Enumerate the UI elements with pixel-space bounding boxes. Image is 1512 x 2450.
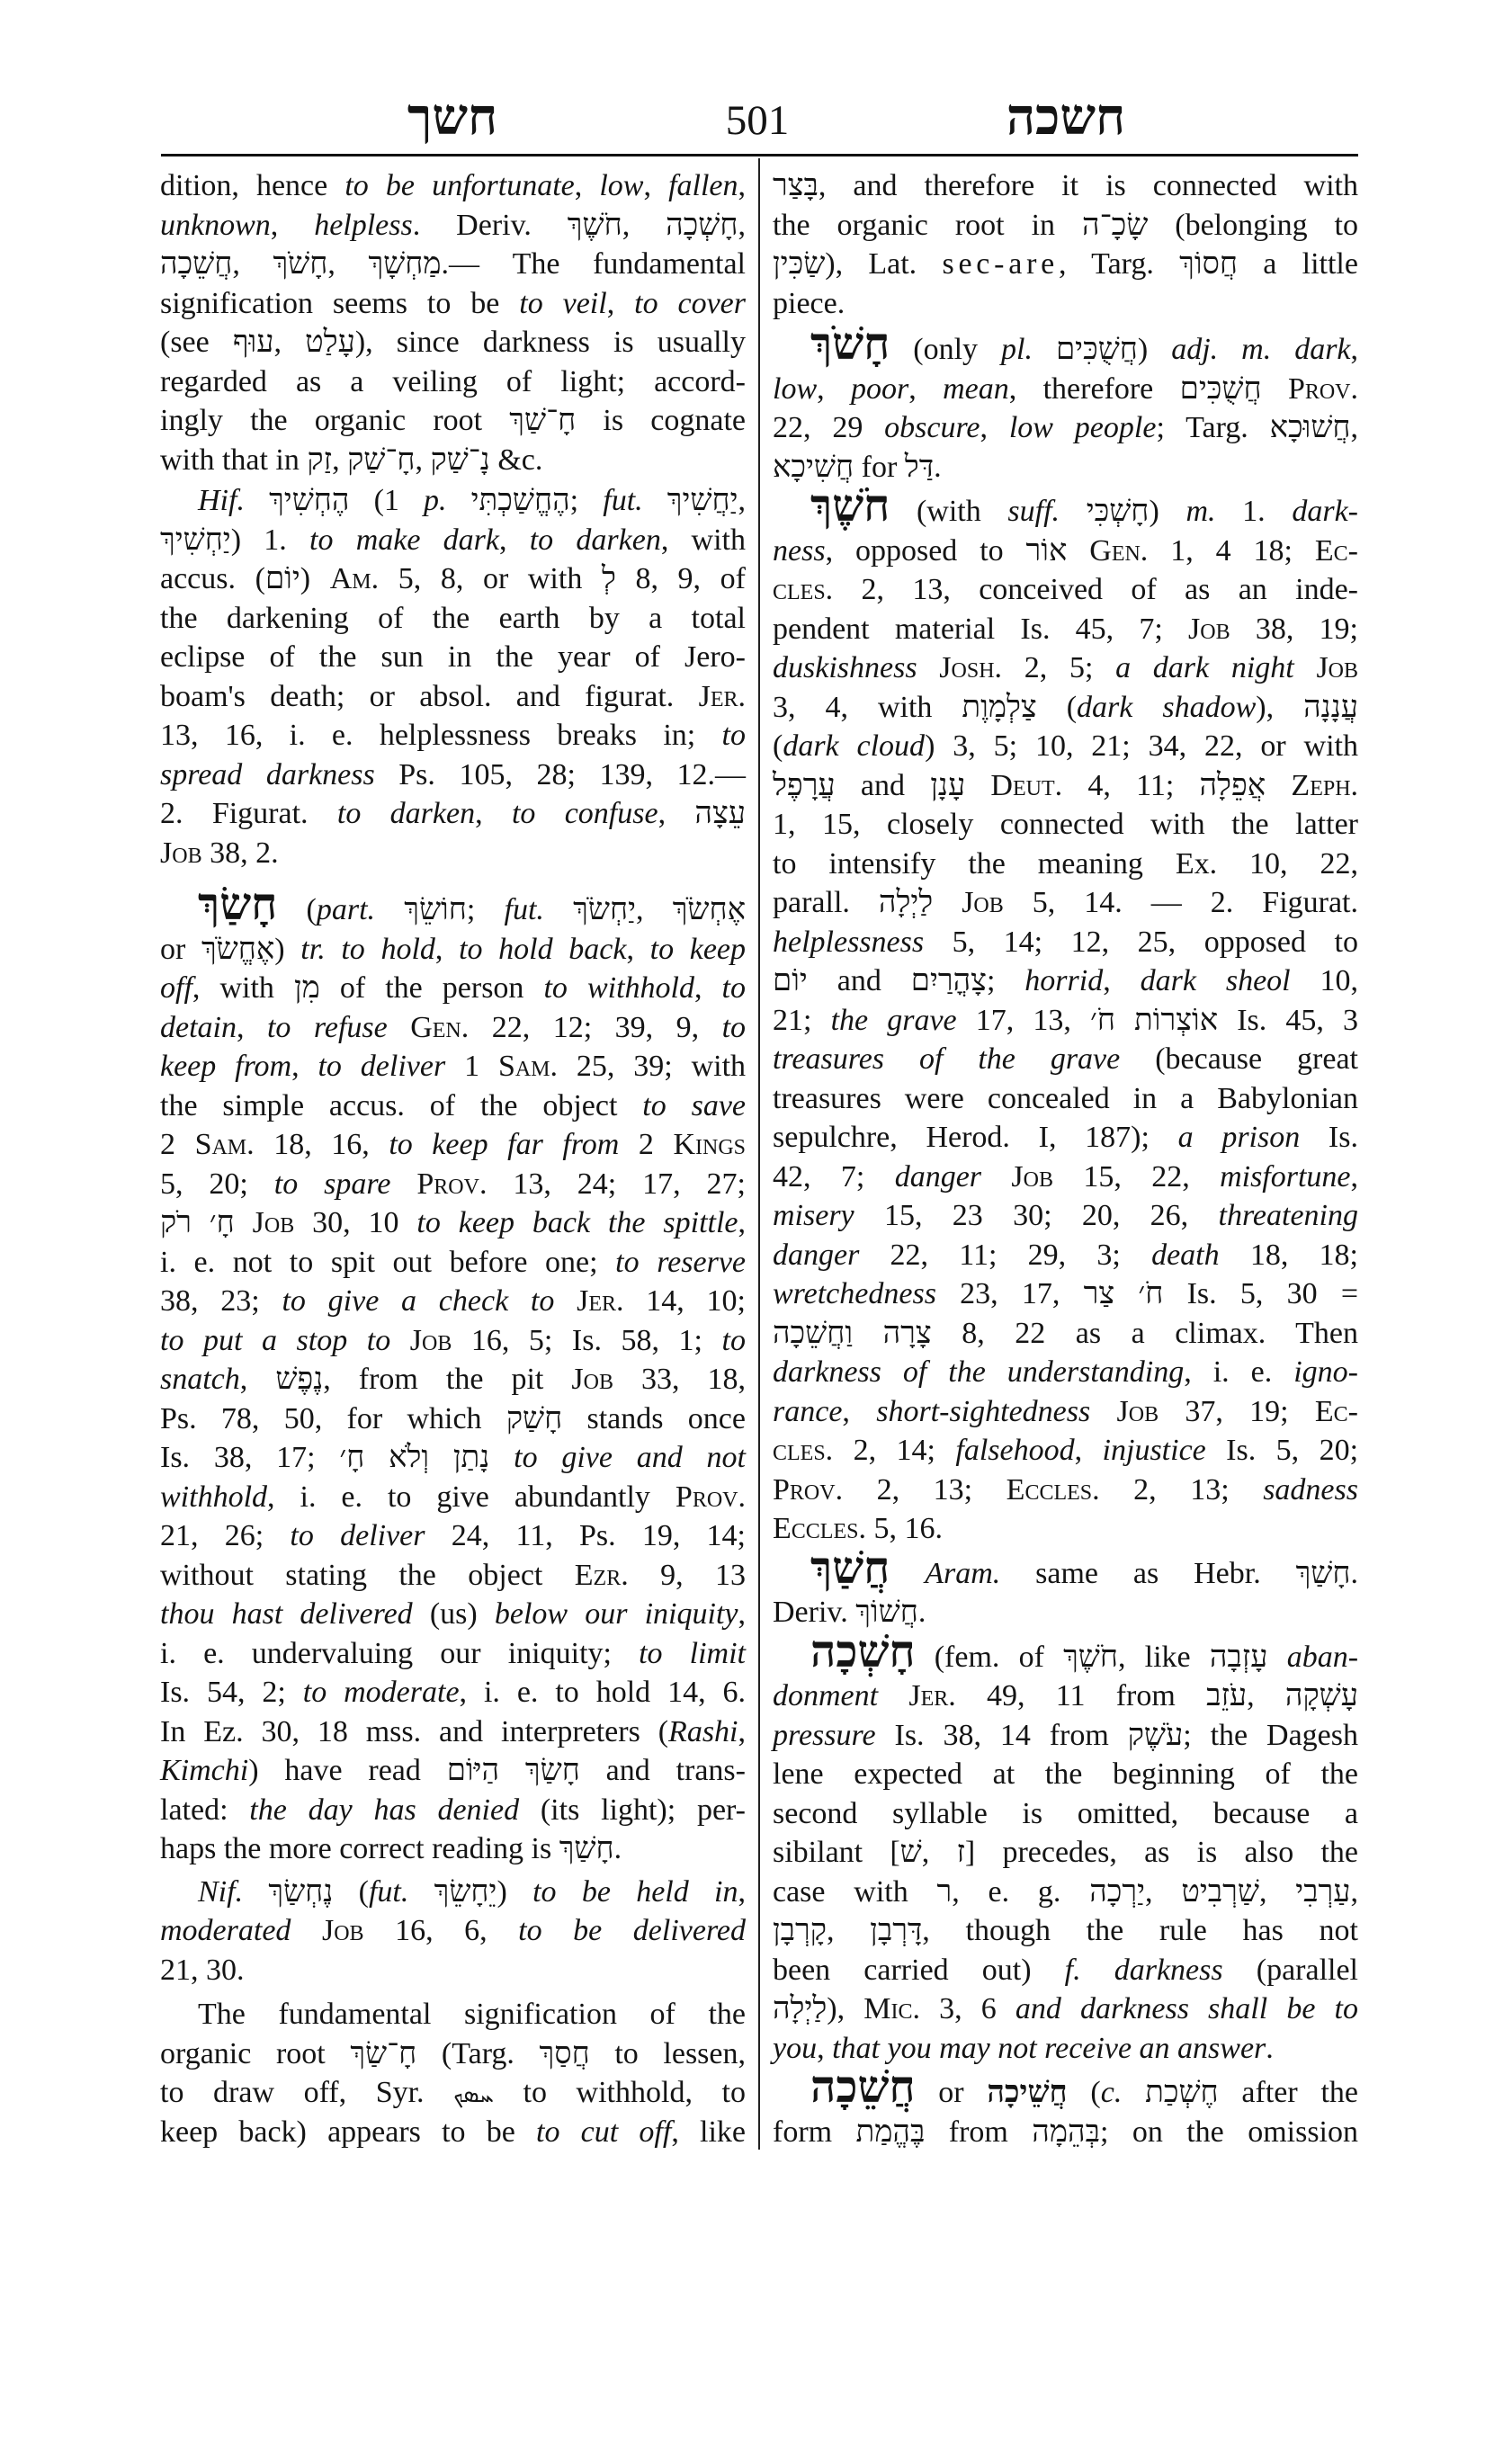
- text-line: 1, 15, closely connected with the latter: [773, 805, 1358, 845]
- text-run: ,: [1351, 333, 1359, 366]
- text-run: ;: [987, 964, 1024, 997]
- hebrew-word: מִן: [294, 971, 320, 1005]
- text-line: keep back) appears to be to cut off, lik…: [160, 2113, 746, 2152]
- text-run: [1033, 333, 1056, 366]
- text-line: (dark cloud) 3, 5; 10, 21; 34, 22, or wi…: [773, 727, 1358, 766]
- text-run: .: [918, 1596, 926, 1629]
- text-line: 21, 26; to deliver 24, 11, Ps. 19, 14;: [160, 1516, 746, 1556]
- text-run: ; the Dagesh: [1183, 1719, 1358, 1752]
- page-number: 501: [726, 100, 790, 142]
- text-line: lene expected at the beginning of the: [773, 1755, 1358, 1794]
- book-abbreviation: Job: [322, 1914, 364, 1947]
- text-line: cles. 2, 13, conceived of as an inde-: [773, 570, 1358, 610]
- text-run: ,: [575, 169, 600, 202]
- text-run: ,: [636, 893, 673, 926]
- text-run: [1090, 1395, 1116, 1428]
- hebrew-word: שׁ: [900, 1836, 922, 1869]
- book-abbreviation: Kings: [673, 1128, 746, 1161]
- text-line: piece.: [773, 284, 1358, 324]
- right-column: בָּצַר, and therefore it is connected wi…: [773, 166, 1358, 2151]
- text-run: .— The fundamental: [442, 247, 746, 281]
- text-run: 18, 16,: [255, 1128, 389, 1161]
- text-line: parall. לַיְלָה Job 5, 14. — 2. Figurat.: [773, 883, 1358, 923]
- book-abbreviation: Ec-: [1315, 534, 1358, 568]
- text-run: ) 1.: [231, 523, 309, 557]
- italic-text: and darkness shall be to: [1015, 1992, 1358, 2025]
- italic-text: a dark night: [1115, 651, 1294, 684]
- text-run: 5, 14. — 2. Figurat.: [1004, 886, 1358, 919]
- text-run: , with: [661, 523, 746, 557]
- text-run: (see: [160, 326, 233, 359]
- text-run: ), Lat.: [825, 247, 942, 281]
- hebrew-word: נָתַן וְלֹא חָ׳: [339, 1441, 489, 1474]
- text-run: 2, 13;: [843, 1473, 1007, 1507]
- text-run: [1122, 2076, 1145, 2109]
- text-run: with that in: [160, 443, 307, 477]
- text-run: (: [1068, 2076, 1101, 2109]
- text-run: lated:: [160, 1793, 249, 1827]
- hebrew-word: חָשַׁךְ: [1296, 1557, 1351, 1590]
- italic-text: thou hast delivered: [160, 1597, 413, 1631]
- text-run: , from the pit: [323, 1363, 571, 1396]
- italic-text: to reserve: [615, 1246, 746, 1279]
- text-run: regarded as a veiling of light; accord-: [160, 365, 746, 398]
- italic-text: misery: [773, 1199, 854, 1232]
- hebrew-word: יַחֲשִׁיךְ: [667, 484, 738, 517]
- hebrew-word: צָרָה וַחֲשֵׁכָה: [773, 1317, 932, 1350]
- text-run: .: [1266, 2032, 1274, 2065]
- running-head-left-headword: חשך: [407, 93, 497, 143]
- paragraph-start-line: חֲשַׁךְ Aram. same as Hebr. חָשַׁךְ.: [773, 1554, 1358, 1594]
- lexicon-page: חשך 501 חשכה dition, hence to be unfortu…: [0, 0, 1512, 2450]
- text-run: [235, 1206, 253, 1239]
- left-column: dition, hence to be unfortunate, low, fa…: [160, 166, 746, 2151]
- text-run: ,: [738, 1206, 747, 1239]
- text-run: ,: [273, 326, 305, 359]
- text-line: treasures of the grave (because great: [773, 1040, 1358, 1079]
- text-line: i. e. not to spit out before one; to res…: [160, 1243, 746, 1283]
- italic-text: to save: [642, 1089, 746, 1122]
- text-run: parall.: [773, 886, 879, 919]
- text-run: signification seems to be: [160, 287, 519, 320]
- italic-text: adj. m. dark: [1171, 333, 1350, 366]
- hebrew-word: זַק: [307, 443, 332, 477]
- text-line: wretchedness 23, 17, חֹ׳ צַר Is. 5, 30 =: [773, 1274, 1358, 1314]
- running-head-right-headword: חשכה: [1007, 93, 1125, 143]
- text-run: Is. 5, 20;: [1206, 1434, 1358, 1467]
- hebrew-word: עֵצָה: [694, 797, 746, 830]
- text-run: ,: [980, 411, 1009, 444]
- text-run: to draw off, Syr.: [160, 2076, 453, 2109]
- text-run: 5, 8, or with: [379, 562, 602, 595]
- hebrew-word: חָשְׁכָה: [666, 209, 738, 242]
- text-run: ,: [1247, 1679, 1285, 1712]
- text-run: ;: [570, 484, 604, 517]
- hebrew-word: יוֹם: [265, 562, 300, 595]
- text-run: pendent material Is. 45, 7;: [773, 612, 1188, 646]
- text-run: ) 3, 5; 10, 21; 34, 22, or with: [925, 729, 1358, 763]
- hebrew-word: יוֹם: [773, 964, 808, 997]
- text-run: , opposed to: [826, 534, 1026, 568]
- text-run: ,: [291, 1050, 318, 1083]
- text-run: of the person: [320, 971, 544, 1005]
- text-run: 22, 11; 29, 3;: [859, 1238, 1151, 1272]
- italic-text: to give and not: [514, 1441, 746, 1474]
- text-run: ,: [738, 209, 747, 242]
- italic-text: to refuse: [267, 1011, 388, 1044]
- text-run: a little: [1238, 247, 1358, 281]
- text-run: (: [277, 893, 317, 926]
- italic-text: to be held in: [532, 1875, 738, 1909]
- text-line: haps the more correct reading is חָשַׁךְ…: [160, 1829, 746, 1869]
- text-run: ,: [738, 1875, 747, 1909]
- italic-text: ness: [773, 534, 826, 568]
- italic-text: to be unfortunate: [344, 169, 574, 202]
- italic-text: off: [160, 971, 192, 1005]
- hebrew-word: חֲשֻׁכִּים: [1180, 372, 1262, 406]
- italic-text: falsehood: [955, 1434, 1074, 1467]
- text-run: 8, 22 as a climax. Then: [932, 1317, 1358, 1350]
- text-run: , i. e. to hold 14, 6.: [460, 1676, 746, 1709]
- text-run: [243, 1875, 268, 1909]
- text-run: Is. 45, 3: [1218, 1004, 1358, 1037]
- italic-text: snatch: [160, 1363, 240, 1396]
- text-run: [447, 484, 471, 517]
- text-run: , though the rule has not: [922, 1914, 1358, 1947]
- text-run: ,: [237, 1011, 267, 1044]
- text-run: 17, 13,: [957, 1004, 1090, 1037]
- text-run: the darkening of the earth by a total: [160, 602, 746, 635]
- text-run: [1294, 651, 1317, 684]
- text-run: The fundamental signification of the: [198, 1998, 746, 2031]
- text-run: the simple accus. of the object: [160, 1089, 642, 1122]
- text-run: ,: [626, 933, 649, 966]
- hebrew-word: חֲסַךְ: [540, 2037, 590, 2070]
- italic-text: dark-: [1292, 495, 1358, 528]
- text-run: (1: [349, 484, 424, 517]
- text-run: sibilant [: [773, 1836, 900, 1869]
- hebrew-word: לְ: [602, 562, 616, 595]
- text-run: , with: [192, 971, 294, 1005]
- hebrew-word: עֹשֶׁק: [1128, 1719, 1184, 1752]
- text-run: [489, 1441, 514, 1474]
- italic-text: m.: [1185, 495, 1215, 528]
- hebrew-word: עָלַט: [305, 326, 355, 359]
- text-line: קָרְבָן, דָּרְבָן, though the rule has n…: [773, 1911, 1358, 1951]
- text-line: 3, 4, with צַלְמָוֶת (dark shadow), עֲנָ…: [773, 688, 1358, 728]
- text-line: צָרָה וַחֲשֵׁכָה 8, 22 as a climax. Then: [773, 1314, 1358, 1354]
- text-run: 18, 18;: [1220, 1238, 1358, 1272]
- text-line: Kimchi) have read חָשַׂךְ הַיּוֹם and tr…: [160, 1751, 746, 1791]
- italic-text: to: [722, 719, 746, 752]
- text-run: sepulchre, Herod. I, 187);: [773, 1121, 1178, 1154]
- text-run: Is. 54, 2;: [160, 1676, 303, 1709]
- headword: חֲשֵׁכָה: [810, 2062, 916, 2112]
- text-line: lated: the day has denied (its light); p…: [160, 1791, 746, 1830]
- text-run: lene expected at the beginning of the: [773, 1757, 1358, 1791]
- italic-text: Aram.: [925, 1557, 1000, 1590]
- text-run: 16, 5; Is. 58, 1;: [452, 1324, 721, 1357]
- text-line: without stating the object Ezr. 9, 13: [160, 1556, 746, 1596]
- italic-text: to cut off: [536, 2115, 671, 2149]
- text-run: or: [916, 2076, 988, 2109]
- italic-text: you: [773, 2032, 817, 2065]
- text-line: Is. 38, 17; נָתַן וְלֹא חָ׳ to give and …: [160, 1438, 746, 1478]
- text-run: (: [773, 729, 783, 763]
- text-run: organic root: [160, 2037, 350, 2070]
- book-abbreviation: Job: [571, 1363, 613, 1396]
- book-abbreviation: Job: [410, 1324, 452, 1357]
- text-run: 5, 14; 12, 25, opposed to: [924, 925, 1358, 959]
- text-run: case with: [773, 1875, 937, 1909]
- text-line: יַחְשִׁיךְ) 1. to make dark, to darken, …: [160, 521, 746, 560]
- italic-text: duskishness: [773, 651, 917, 684]
- text-run: ,: [738, 1597, 747, 1631]
- hebrew-word: שַׂכִּין: [773, 247, 825, 281]
- text-line: 42, 7; danger Job 15, 22, misfortune,: [773, 1158, 1358, 1197]
- italic-text: to darken: [530, 523, 661, 557]
- hebrew-word: בְּהֵמָה: [1032, 2115, 1100, 2149]
- text-run: after the: [1219, 2076, 1358, 2109]
- book-abbreviation: Sam.: [195, 1128, 255, 1161]
- text-line: keep from, to deliver 1 Sam. 25, 39; wit…: [160, 1047, 746, 1086]
- text-line: Prov. 2, 13; Eccles. 2, 13; sadness: [773, 1471, 1358, 1510]
- text-run: ) have read: [248, 1754, 446, 1787]
- text-run: 2, 14;: [833, 1434, 955, 1467]
- text-run: .: [1351, 1557, 1359, 1590]
- text-line: to put a stop to Job 16, 5; Is. 58, 1; t…: [160, 1321, 746, 1361]
- text-line: בָּצַר, and therefore it is connected wi…: [773, 166, 1358, 206]
- text-run: 49, 11 from: [956, 1679, 1206, 1712]
- text-line: (see עוּף, עָלַט), since darkness is usu…: [160, 323, 746, 362]
- italic-text: dark shadow: [1077, 691, 1256, 724]
- text-run: 13, 24; 17, 27;: [487, 1167, 746, 1201]
- hebrew-word: אוֹר: [1026, 534, 1068, 568]
- italic-text: sadness: [1263, 1473, 1358, 1507]
- text-run: boam's death; or absol. and figurat.: [160, 680, 699, 713]
- text-run: [878, 1679, 908, 1712]
- book-abbreviation: Job: [160, 836, 202, 870]
- text-line: cles. 2, 14; falsehood, injustice Is. 5,…: [773, 1431, 1358, 1471]
- text-run: ,: [817, 2032, 832, 2065]
- book-abbreviation: Gen.: [1089, 534, 1148, 568]
- text-line: snatch, נֶפֶשׁ, from the pit Job 33, 18,: [160, 1360, 746, 1399]
- text-run: 21, 30.: [160, 1954, 245, 1987]
- italic-text: obscure: [884, 411, 980, 444]
- italic-text: threatening: [1219, 1199, 1359, 1232]
- text-run: ,: [415, 443, 430, 477]
- text-run: ): [274, 933, 300, 966]
- italic-text: to: [722, 1011, 746, 1044]
- text-line: withhold, i. e. to give abundantly Prov.: [160, 1478, 746, 1517]
- text-run: . Deriv.: [413, 209, 568, 242]
- text-run: 2, 13;: [1100, 1473, 1264, 1507]
- book-abbreviation: Jer.: [699, 680, 746, 713]
- syriac-word: ܚܣܟ: [453, 2080, 494, 2108]
- text-run: ;: [467, 893, 505, 926]
- hebrew-word: חוֹשֵׂךְ: [404, 893, 467, 926]
- text-run: second syllable is omitted, because a: [773, 1797, 1358, 1830]
- text-run: been carried out): [773, 1954, 1065, 1987]
- text-line: unknown, helpless. Deriv. חֹשֶׁךְ, חָשְׁ…: [160, 206, 746, 246]
- text-run: 14, 10;: [624, 1284, 746, 1318]
- text-run: Ps. 105, 28; 139, 12.—: [375, 758, 746, 791]
- italic-text: to keep far from: [389, 1128, 619, 1161]
- text-line: 21; the grave 17, 13, אוֹצְרוֹת חֹ׳ Is. …: [773, 1001, 1358, 1041]
- book-abbreviation: Josh.: [939, 651, 1002, 684]
- italic-text: darkness of the understanding: [773, 1355, 1184, 1389]
- text-run: 16, 6,: [364, 1914, 519, 1947]
- header-rule: [161, 154, 1358, 156]
- text-run: 3, 4, with: [773, 691, 962, 724]
- text-run: , therefore: [1009, 372, 1180, 406]
- text-run: 25, 39; with: [558, 1050, 746, 1083]
- text-run: 38, 23;: [160, 1284, 282, 1318]
- book-abbreviation: Prov.: [773, 1473, 843, 1507]
- text-run: i. e. undervaluing our iniquity;: [160, 1637, 639, 1670]
- text-run: 1, 4 18;: [1148, 534, 1315, 568]
- italic-text: to keep back the spittle: [416, 1206, 738, 1239]
- hebrew-word: חָשַׁךְ: [559, 1832, 614, 1865]
- italic-text: low: [599, 169, 643, 202]
- text-run: 21;: [773, 1004, 831, 1037]
- italic-text: the day has denied: [249, 1793, 519, 1827]
- italic-text: moderated: [160, 1914, 291, 1947]
- italic-text: danger: [773, 1238, 859, 1272]
- text-run: 2: [160, 1128, 195, 1161]
- hebrew-word: יֵחָשֵׂךְ: [434, 1875, 497, 1909]
- italic-text: suff.: [1007, 495, 1060, 528]
- text-run: ,: [1259, 1875, 1295, 1909]
- text-run: 2, 5;: [1002, 651, 1115, 684]
- italic-text: to deliver: [290, 1519, 425, 1552]
- text-line: signification seems to be to veil, to co…: [160, 284, 746, 324]
- italic-text: rance: [773, 1395, 842, 1428]
- book-abbreviation: Job: [962, 886, 1004, 919]
- text-run: .: [934, 451, 942, 484]
- hebrew-word: חָ־שַׁךְ: [509, 404, 576, 437]
- text-line: thou hast delivered (us) below our iniqu…: [160, 1595, 746, 1634]
- italic-text: to veil: [519, 287, 606, 320]
- italic-text: to moderate: [303, 1676, 460, 1709]
- text-run: 42, 7;: [773, 1160, 895, 1194]
- text-run: ,: [922, 1836, 957, 1869]
- text-run: ,: [1145, 1875, 1181, 1909]
- text-run: In Ez. 30, 18 mss. and interpreters (: [160, 1715, 668, 1748]
- spaced-text: sec-are: [942, 247, 1059, 281]
- hebrew-word: חֹשֶׁךְ: [568, 209, 622, 242]
- text-run: 1, 15, closely connected with the latter: [773, 808, 1358, 841]
- text-run: ,: [475, 797, 512, 830]
- text-line: to draw off, Syr. ܚܣܟ to withhold, to: [160, 2073, 746, 2113]
- text-run: , like: [671, 2115, 746, 2149]
- text-line: i. e. undervaluing our iniquity; to limi…: [160, 1634, 746, 1674]
- italic-text: fallen: [668, 169, 738, 202]
- italic-text: to be delivered: [518, 1914, 746, 1947]
- italic-text: to limit: [639, 1637, 746, 1670]
- text-line: sibilant [שׁ, ז] precedes, as is also th…: [773, 1833, 1358, 1873]
- italic-text: to make dark: [309, 523, 499, 557]
- hebrew-word: ז: [956, 1836, 964, 1869]
- hebrew-word: חֹשֶׁךְ: [1063, 1641, 1118, 1674]
- text-run: 24, 11, Ps. 19, 14;: [425, 1519, 747, 1552]
- text-run: ,: [435, 933, 459, 966]
- hebrew-word: חֲסוֹךְ: [1179, 247, 1238, 281]
- hebrew-word: חֶשְׁכַת: [1145, 2076, 1219, 2109]
- italic-text: keep from: [160, 1050, 291, 1083]
- text-run: , like: [1118, 1641, 1210, 1674]
- paragraph-start-line: Hif. הֶחְשִׁיךְ (1 p. הֶחֱשַׁכְתִּי; fut…: [160, 481, 746, 521]
- book-abbreviation: Gen.: [410, 1011, 469, 1044]
- text-run: (parallel: [1223, 1954, 1358, 1987]
- text-run: and: [836, 769, 931, 802]
- text-run: ,: [240, 1363, 276, 1396]
- text-run: 8, 9, of: [616, 562, 746, 595]
- text-line: low, poor, mean, therefore חֲשֻׁכִּים Pr…: [773, 370, 1358, 409]
- book-abbreviation: Eccles.: [1007, 1473, 1100, 1507]
- italic-text: Rashi: [668, 1715, 738, 1748]
- italic-text: low: [773, 372, 817, 406]
- hebrew-word: ר: [937, 1875, 953, 1909]
- text-run: 30, 10: [294, 1206, 416, 1239]
- text-run: to intensify the meaning Ex. 10, 22,: [773, 847, 1358, 881]
- book-abbreviation: Ezr.: [575, 1559, 629, 1592]
- italic-text: to: [722, 1324, 746, 1357]
- text-run: (: [1037, 691, 1077, 724]
- text-run: 21, 26;: [160, 1519, 290, 1552]
- headword: חֲשַׁךְ: [810, 1543, 890, 1593]
- italic-text: short-sightedness: [876, 1395, 1090, 1428]
- text-run: (fem. of: [916, 1641, 1064, 1674]
- text-run: ): [1149, 495, 1185, 528]
- paragraph-start-line: Nif. נֶחְשַׂךְ (fut. יֵחָשֵׂךְ) to be he…: [160, 1873, 746, 1912]
- italic-text: p.: [424, 484, 447, 517]
- italic-text: detain: [160, 1011, 237, 1044]
- text-run: ,: [1351, 411, 1359, 444]
- book-abbreviation: Prov.: [416, 1167, 487, 1201]
- text-run: treasures were concealed in a Babylonian: [773, 1082, 1358, 1115]
- text-line: danger 22, 11; 29, 3; death 18, 18;: [773, 1236, 1358, 1275]
- italic-text: the grave: [831, 1004, 957, 1037]
- book-abbreviation: Am.: [330, 562, 379, 595]
- hebrew-word: עֹזֵב: [1206, 1679, 1247, 1712]
- text-run: 9, 13: [629, 1559, 746, 1592]
- italic-text: low people: [1009, 411, 1157, 444]
- text-run: [965, 769, 990, 802]
- text-run: , and therefore it is connected with: [819, 169, 1358, 202]
- book-abbreviation: Deut.: [990, 769, 1062, 802]
- hebrew-word: אֶחְשֹׂךְ: [673, 893, 746, 926]
- text-run: ,: [332, 443, 347, 477]
- text-run: (us): [413, 1597, 495, 1631]
- text-run: 15, 23 30; 20, 26,: [854, 1199, 1219, 1232]
- text-line: helplessness 5, 14; 12, 25, opposed to: [773, 923, 1358, 962]
- headword: חָשַׂךְ: [198, 880, 277, 929]
- book-abbreviation: Job: [1117, 1395, 1159, 1428]
- text-run: ,: [499, 523, 530, 557]
- hebrew-word: דַּל: [905, 451, 934, 484]
- text-run: ,: [1075, 1434, 1103, 1467]
- italic-text: to give a check to: [282, 1284, 554, 1318]
- hebrew-word: אוֹצְרוֹת חֹ׳: [1090, 1004, 1218, 1037]
- text-run: ,: [738, 1715, 747, 1748]
- text-line: been carried out) f. darkness (parallel: [773, 1951, 1358, 1990]
- italic-text: Hif.: [198, 484, 245, 517]
- text-run: ): [497, 1875, 532, 1909]
- italic-text: below our iniquity: [495, 1597, 738, 1631]
- text-line: misery 15, 23 30; 20, 26, threatening: [773, 1196, 1358, 1236]
- text-run: for: [854, 451, 905, 484]
